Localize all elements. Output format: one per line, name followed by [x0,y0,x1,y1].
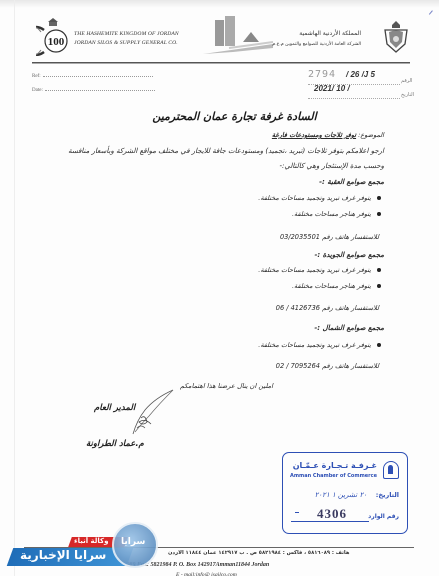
company-name-ar-line: الشركة العامة الأردنية للصوامع والتموين … [272,39,361,50]
company-name-en-line: JORDAN SILOS & SUPPLY GENERAL CO. [74,39,179,48]
dotted-line [43,76,153,77]
scan-edge [14,0,15,576]
list-item: يتوفر غرف تبريد وتجميد مساحات مختلفة. [258,341,381,349]
bullet-icon [377,212,381,216]
date-value: 2021/ 10 / [314,84,350,93]
intro-paragraph-line2: وحسب مدة الإستئجار وهي كالتالي:- [280,162,384,170]
inquiry-phone-aqaba: للاستفسار هاتف رقم 03/2035501 [280,233,379,241]
ref-stamp-number: 2794 [308,69,336,80]
ref-field-en: Ref: [32,74,153,79]
section-heading-aqaba: مجمع صوامع العقبة :- [319,178,384,186]
list-item-text: يتوفر غرف تبريد وتجميد مساحات مختلفة. [258,194,371,202]
footer-email: E - mail:info@ jsgilco.com [176,572,237,576]
subject-label: الموضوع: [358,131,384,139]
chamber-logo-icon [383,461,399,479]
bullet-icon [377,196,381,200]
section-heading-north: مجمع صوامع الشمال :- [314,324,384,332]
list-item: يتوفر هناجر مساحات مختلفة. [292,210,381,218]
signatory-name: م.عماد الطراونة [86,439,144,449]
kingdom-name-ar: المملكة الأردنية الهاشمية [272,28,361,39]
list-item: يتوفر غرف تبريد وتجميد مساحات مختلفة. [258,266,381,274]
ref-number: / 26 /J 5 [346,70,375,79]
closing-line: املين ان ينال عرضنا هذا اهتمامكم [180,382,273,390]
bullet-icon [377,284,381,288]
stamp-date-label: التاريخ: [376,491,399,499]
inquiry-phone-juwaideh: للاستفسار هاتف رقم 4126736 / 06 [276,304,379,312]
bullet-icon [377,268,381,272]
received-stamp: غـرفـة تـجـارة عـمّـان Amman Chamber of … [282,452,408,534]
pen-mark [429,10,435,16]
stamp-date-value: ٢٠ تشرين ١ ٢٠٢١ [315,491,367,499]
letter-page: 100 THE HASHEMITE KINGDOM OF JORDAN JORD… [0,0,439,576]
date-field-en: Date: [32,88,155,93]
stamp-org-name-en: Amman Chamber of Commerce [290,473,377,479]
jordan-coat-of-arms-icon [383,20,409,53]
list-item-text: يتوفر غرف تبريد وتجميد مساحات مختلفة. [258,266,371,274]
subject-line: الموضوع: توفر ثلاجات ومستودعات فارغة [272,131,384,139]
incoming-number: 4306 [317,506,347,522]
svg-text:100: 100 [48,36,65,48]
stamp-org-name-ar: غـرفـة تـجـارة عـمّـان [293,461,377,470]
bullet-icon [377,343,381,347]
silo-buildings-icon [193,14,273,54]
scan-shadow [0,0,439,8]
ref-dotted-line-ar [308,84,400,85]
signatory-title: المدير العام [94,403,135,413]
date-label-en: Date: [32,88,43,93]
list-item: يتوفر هناجر مساحات مختلفة. [292,282,381,290]
date-dotted-line-ar [308,98,400,99]
watermark-blue-text: سرايا الإخبارية [20,548,106,562]
watermark-circle-text: سرايا [121,537,145,547]
ref-label-ar: الرقم [401,78,412,84]
dotted-line [45,90,155,91]
watermark-red-text: وكالة أنباء [74,537,108,545]
stamp-dash [295,512,299,513]
section-heading-juwaideh: مجمع صوامع الجويدة :- [314,251,384,259]
handwritten-signature-icon [115,388,175,438]
list-item: يتوفر غرف تبريد وتجميد مساحات مختلفة. [258,194,381,202]
list-item-text: يتوفر غرف تبريد وتجميد مساحات مختلفة. [258,341,371,349]
list-item-text: يتوفر هناجر مساحات مختلفة. [292,210,371,218]
intro-paragraph-line1: ارجو اعلامكم بتوفر ثلاجات (تبريد ،تجميد)… [68,147,384,155]
incoming-number-label: رقم الوارد [368,513,399,520]
date-label-ar: التاريخ [401,92,414,98]
footer-contact-ar: هاتف : ٥٨١٦٠٨٩ ، فاكس : ٥٨٢١٩٨٤ ص . ب ١٤… [168,550,349,556]
ref-label-en: Ref: [32,74,41,79]
centennial-logo-icon: 100 [36,16,70,56]
company-name-ar: المملكة الأردنية الهاشمية الشركة العامة … [272,28,361,50]
company-name-en: THE HASHEMITE KINGDOM OF JORDAN JORDAN S… [74,30,179,48]
header-divider-shadow [32,63,410,64]
stamp-underline [291,521,369,522]
inquiry-phone-north: للاستفسار هاتف رقم 7095264 / 02 [276,362,379,370]
list-item-text: يتوفر هناجر مساحات مختلفة. [292,282,371,290]
subject-text: توفر ثلاجات ومستودعات فارغة [272,131,356,139]
addressee: السادة غرفة تجارة عمان المحترمين [0,110,439,123]
kingdom-name-en: THE HASHEMITE KINGDOM OF JORDAN [74,30,179,39]
